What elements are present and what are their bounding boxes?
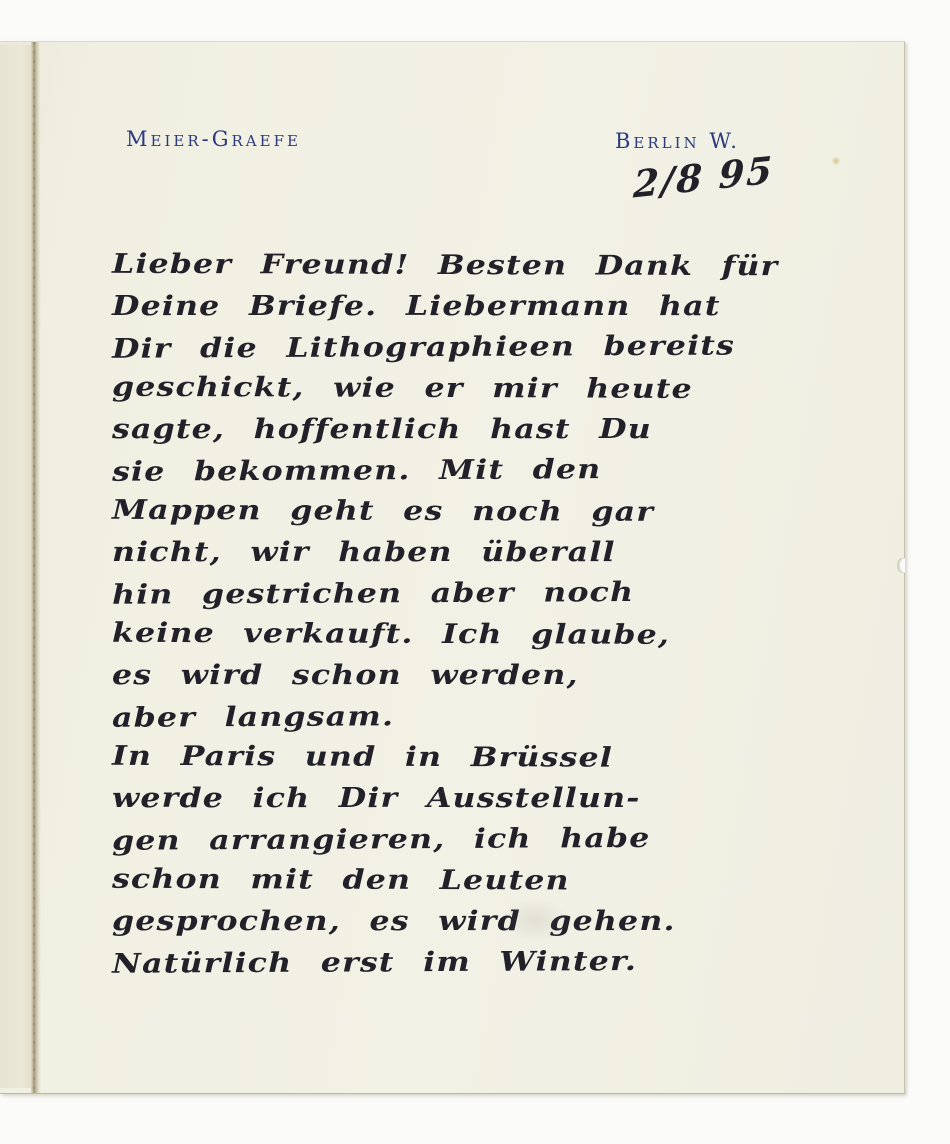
letter-body: Lieber Freund! Besten Dank für Deine Bri… bbox=[112, 245, 778, 983]
letter-line: gen arrangieren, ich habe bbox=[112, 817, 779, 861]
folded-leaf-edge bbox=[0, 45, 33, 1088]
letter-line: aber langsam. bbox=[112, 694, 779, 738]
letter-line: geschickt, wie er mir heute bbox=[112, 367, 779, 410]
letterhead-name: Meier-Graefe bbox=[126, 127, 301, 151]
letter-line: Lieber Freund! Besten Dank für bbox=[112, 244, 779, 287]
letter-line: nicht, wir haben überall bbox=[112, 532, 778, 573]
letter-line: In Paris und in Brüssel bbox=[112, 736, 779, 779]
paper-stain bbox=[831, 157, 841, 165]
paper-edge-nick bbox=[897, 558, 905, 573]
letter-line: hin gestrichen aber noch bbox=[112, 571, 779, 615]
letterhead-city: Berlin W. bbox=[615, 129, 740, 153]
letter-line: sie bekommen. Mit den bbox=[112, 448, 779, 492]
ink-smudge bbox=[500, 897, 570, 943]
letter-line: Natürlich erst im Winter. bbox=[112, 940, 779, 984]
handwritten-date: 2/8 95 bbox=[633, 147, 775, 206]
scanned-letter: Meier-Graefe Berlin W. 2/8 95 Lieber Fre… bbox=[0, 0, 950, 1144]
letter-line: Dir die Lithographieen bereits bbox=[112, 325, 779, 369]
fold-crease bbox=[31, 42, 41, 1093]
letter-line: werde ich Dir Ausstellun- bbox=[112, 778, 778, 819]
letter-line: es wird schon werden, bbox=[112, 655, 778, 696]
letter-line: sagte, hoffentlich hast Du bbox=[112, 409, 778, 450]
letter-line: keine verkauft. Ich glaube, bbox=[112, 613, 779, 656]
letter-line: Deine Briefe. Liebermann hat bbox=[112, 286, 778, 327]
letter-line: gesprochen, es wird gehen. bbox=[112, 901, 778, 942]
letter-line: schon mit den Leuten bbox=[112, 859, 779, 902]
letter-page: Meier-Graefe Berlin W. 2/8 95 Lieber Fre… bbox=[0, 41, 905, 1094]
letter-line: Mappen geht es noch gar bbox=[112, 490, 779, 533]
